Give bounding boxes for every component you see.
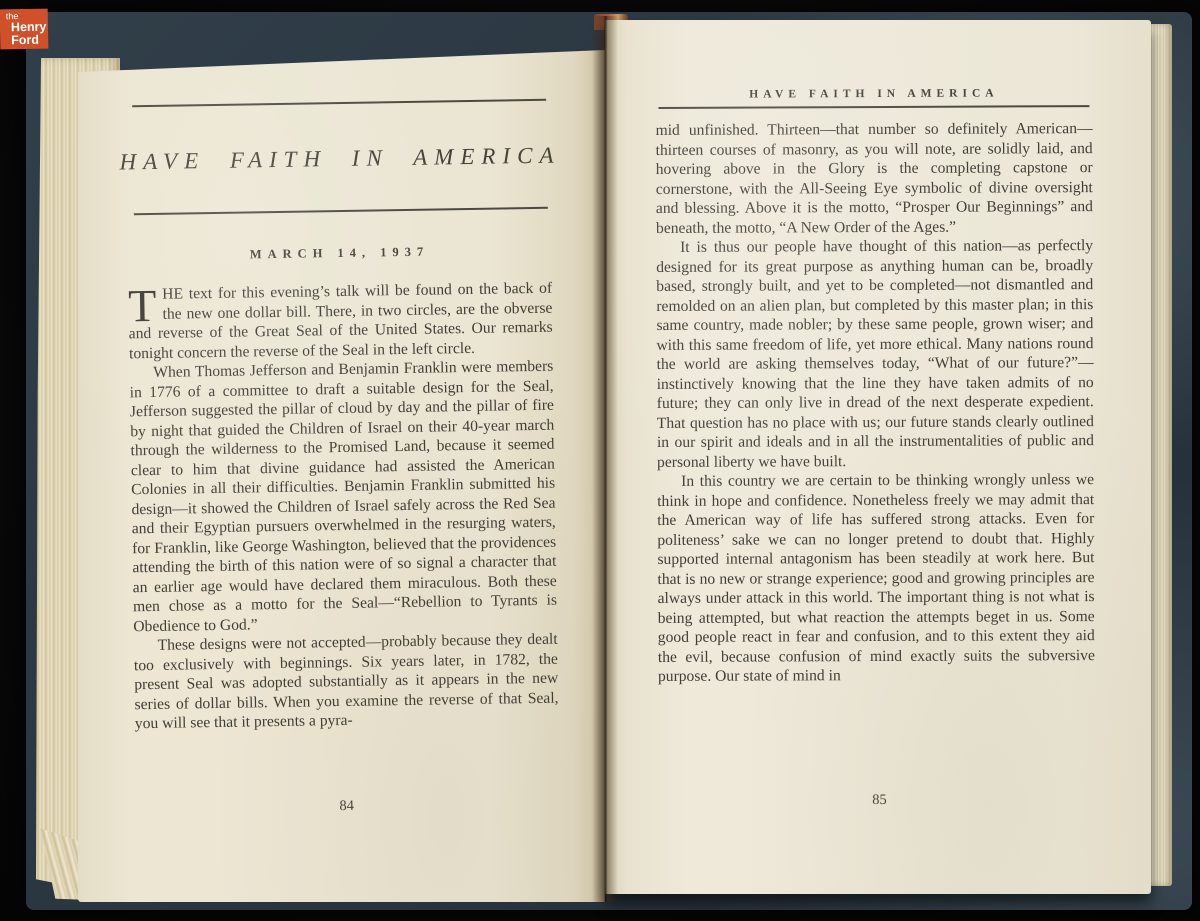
right-page-content: HAVE FAITH IN AMERICA mid unfinished. Th… (603, 19, 1153, 895)
paragraph: When Thomas Jefferson and Benjamin Frank… (129, 357, 557, 637)
drop-cap: T (128, 285, 163, 325)
logo-line-ford: Ford (11, 33, 48, 46)
left-page-body: THE text for this evening’s talk will be… (128, 279, 559, 734)
paragraph: mid unfinished. Thirteen—that number so … (656, 119, 1094, 238)
logo-line-henry: Henry (11, 21, 48, 34)
running-head: HAVE FAITH IN AMERICA (658, 87, 1089, 101)
paragraph: In this country we are certain to be thi… (657, 470, 1095, 686)
title-rule-bottom (134, 207, 548, 216)
right-page-body: mid unfinished. Thirteen—that number so … (656, 119, 1095, 686)
page-number-left: 84 (83, 794, 610, 819)
chapter-date: MARCH 14, 1937 (127, 243, 551, 265)
left-page-content: HAVE FAITH IN AMERICA MARCH 14, 1937 THE… (71, 46, 611, 906)
left-page: HAVE FAITH IN AMERICA MARCH 14, 1937 THE… (78, 50, 605, 902)
paragraph-opening-text: HE text for this evening’s talk will be … (129, 280, 553, 362)
paragraph: It is thus our people have thought of th… (656, 236, 1094, 472)
chapter-title: HAVE FAITH IN AMERICA (113, 142, 567, 175)
henry-ford-logo: the Henry Ford (0, 9, 48, 50)
paragraph: These designs were not accepted—probably… (133, 630, 558, 734)
page-number-right: 85 (606, 791, 1152, 810)
book-photo: HAVE FAITH IN AMERICA MARCH 14, 1937 THE… (0, 0, 1200, 921)
paragraph-opening: THE text for this evening’s talk will be… (128, 279, 553, 364)
right-page: HAVE FAITH IN AMERICA mid unfinished. Th… (605, 20, 1151, 894)
title-rule-top (132, 99, 546, 108)
running-head-rule (658, 105, 1089, 109)
